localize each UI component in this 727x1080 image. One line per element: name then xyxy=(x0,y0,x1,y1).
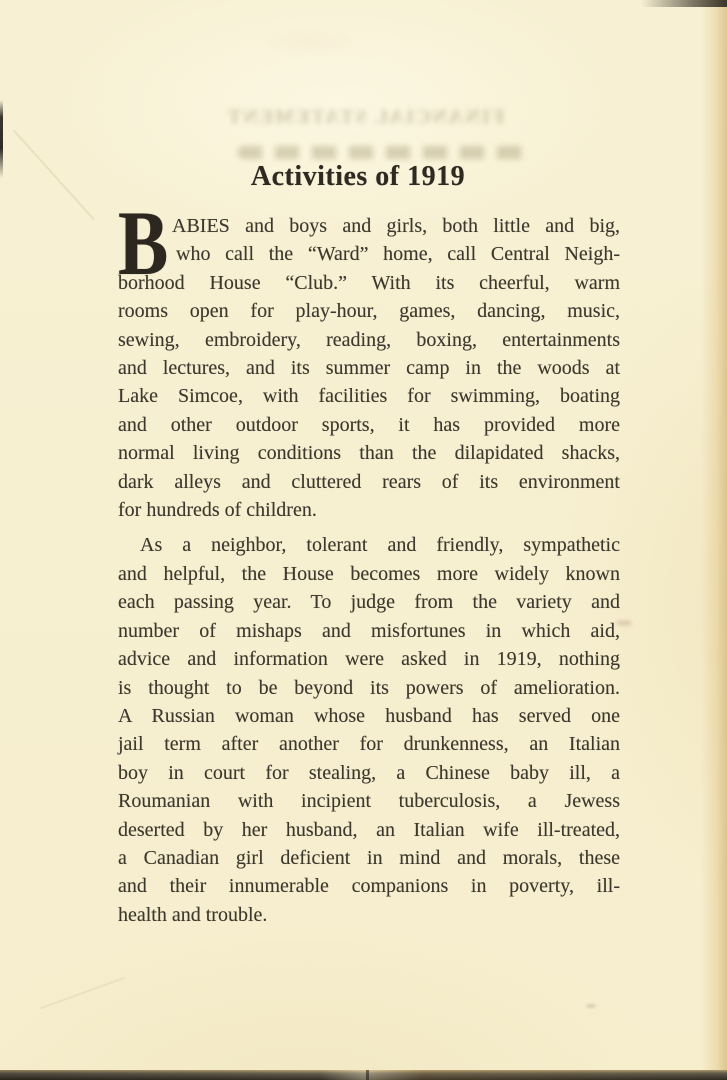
binding-notch xyxy=(366,1070,369,1080)
paragraph: As a neighbor, tolerant and friendly, sy… xyxy=(118,531,620,929)
text-line: dark alleys and cluttered rears of its e… xyxy=(118,468,620,496)
text-line: deserted by her husband, an Italian wife… xyxy=(118,816,620,844)
text-line: and lectures, and its summer camp in the… xyxy=(118,354,620,382)
paper-crease xyxy=(13,130,94,220)
body-text: BABIES and boys and girls, both little a… xyxy=(118,212,620,929)
left-edge-mark xyxy=(0,100,3,178)
page-title: Activities of 1919 xyxy=(104,161,612,193)
paragraph: BABIES and boys and girls, both little a… xyxy=(118,212,620,524)
text-line: Roumanian with incipient tuberculosis, a… xyxy=(118,787,620,815)
paper-smudge xyxy=(586,1004,596,1008)
text-line: A Russian woman whose husband has served… xyxy=(118,702,620,730)
text-line: As a neighbor, tolerant and friendly, sy… xyxy=(118,531,620,559)
page-edge-right-shadow xyxy=(701,0,727,1080)
text-line: is thought to be beyond its powers of am… xyxy=(118,674,620,702)
page-edge-bottom-shadow xyxy=(0,1070,727,1080)
paragraphs: BABIES and boys and girls, both little a… xyxy=(118,212,620,929)
paper-crease xyxy=(40,977,125,1009)
text-line: each passing year. To judge from the var… xyxy=(118,588,620,616)
text-line: and helpful, the House becomes more wide… xyxy=(118,560,620,588)
text-line: borhood House “Club.” With its cheerful,… xyxy=(118,269,620,297)
paper-smudge xyxy=(616,620,632,626)
scanned-book-page: FINANCIAL STATEMENT Activities of 1919 B… xyxy=(0,0,727,1080)
text-line: sewing, embroidery, reading, boxing, ent… xyxy=(118,326,620,354)
text-line: advice and information were asked in 191… xyxy=(118,645,620,673)
text-line: and other outdoor sports, it has provide… xyxy=(118,411,620,439)
showthrough-text: FINANCIAL STATEMENT xyxy=(180,106,550,129)
text-line: Lake Simcoe, with facilities for swimmin… xyxy=(118,382,620,410)
text-line: and their innumerable companions in pove… xyxy=(118,872,620,900)
showthrough-smudge xyxy=(238,146,528,159)
text-line: a Canadian girl deficient in mind and mo… xyxy=(118,844,620,872)
text-line: normal living conditions than the dilapi… xyxy=(118,439,620,467)
text-line: boy in court for stealing, a Chinese bab… xyxy=(118,759,620,787)
drop-cap: B xyxy=(118,197,168,289)
text-line: health and trouble. xyxy=(118,901,620,929)
text-line: rooms open for play-hour, games, dancing… xyxy=(118,297,620,325)
text-line: number of mishaps and misfortunes in whi… xyxy=(118,617,620,645)
page-corner-shadow xyxy=(641,0,727,7)
text-line: ABIES and boys and girls, both little an… xyxy=(118,212,620,240)
text-line: who call the “Ward” home, call Central N… xyxy=(118,240,620,268)
text-line: for hundreds of children. xyxy=(118,496,620,524)
text-line: jail term after another for drunkenness,… xyxy=(118,730,620,758)
